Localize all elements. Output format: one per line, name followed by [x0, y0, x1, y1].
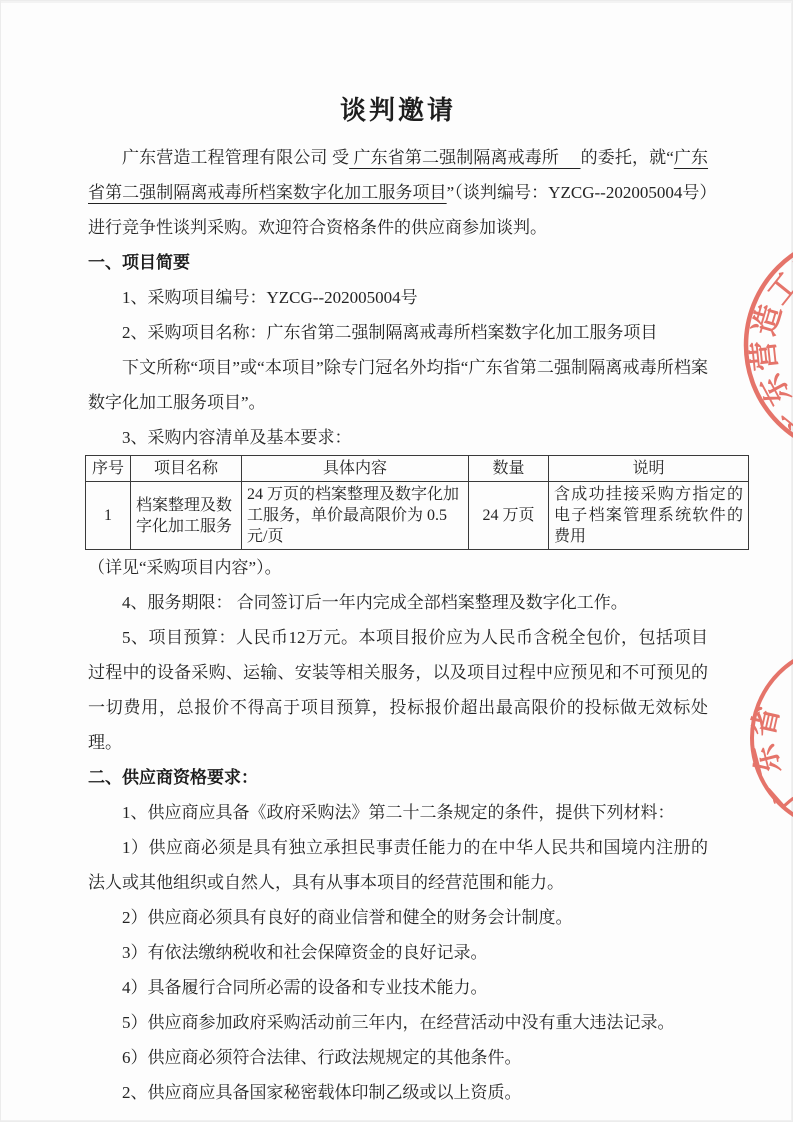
section1-item-service-period: 4、服务期限： 合同签订后一年内完成全部档案整理及数字化工作。	[88, 585, 708, 620]
cell-name: 档案整理及数字化加工服务	[131, 482, 242, 550]
section1-scope-note: 下文所称“项目”或“本项目”除专门冠名外均指“广东省第二强制隔离戒毒所档案数字化…	[88, 350, 708, 420]
table-row: 1 档案整理及数字化加工服务 24 万页的档案整理及数字化加工服务，单价最高限价…	[86, 482, 749, 550]
authority-seal-text: 广东省	[747, 701, 793, 814]
section2-sub2: 2）供应商必须具有良好的商业信誉和健全的财务会计制度。	[88, 900, 708, 935]
cell-seq: 1	[86, 482, 131, 550]
section2-sub3: 3）有依法缴纳税收和社会保障资金的良好记录。	[88, 935, 708, 970]
cell-qty: 24 万页	[469, 482, 549, 550]
document-body: 谈判邀请 广东营造工程管理有限公司 受 广东省第二强制隔离戒毒所 的委托，就“广…	[88, 92, 708, 1110]
intro-client-underlined: 广东省第二强制隔离戒毒所	[349, 148, 580, 167]
intro-paragraph: 广东营造工程管理有限公司 受 广东省第二强制隔离戒毒所 的委托，就“广东省第二强…	[88, 140, 708, 245]
section2-item-conditions: 1、供应商应具备《政府采购法》第二十二条规定的条件，提供下列材料：	[88, 795, 708, 830]
section2-item-secrecy-qualification: 2、供应商应具备国家秘密载体印制乙级或以上资质。	[88, 1075, 708, 1110]
table-note: （详见“采购项目内容”）。	[88, 550, 708, 585]
col-header-remark: 说明	[549, 456, 749, 482]
intro-company-text: 广东营造工程管理有限公司 受	[122, 148, 349, 167]
col-header-seq: 序号	[86, 456, 131, 482]
section1-item-content-list: 3、采购内容清单及基本要求：	[88, 420, 708, 455]
col-header-name: 项目名称	[131, 456, 242, 482]
procurement-table: 序号 项目名称 具体内容 数量 说明 1 档案整理及数字化加工服务 24 万页的…	[85, 455, 749, 550]
cell-remark: 含成功挂接采购方指定的电子档案管理系统软件的费用	[549, 482, 749, 550]
section1-item-budget: 5、项目预算：人民币12万元。本项目报价应为人民币含税全包价，包括项目过程中的设…	[88, 620, 708, 760]
scanned-document-page: 谈判邀请 广东营造工程管理有限公司 受 广东省第二强制隔离戒毒所 的委托，就“广…	[0, 0, 793, 1122]
section1-heading: 一、项目简要	[88, 245, 708, 280]
cell-detail: 24 万页的档案整理及数字化加工服务，单价最高限价为 0.5 元/页	[242, 482, 469, 550]
col-header-qty: 数量	[469, 456, 549, 482]
section2-sub5: 5）供应商参加政府采购活动前三年内，在经营活动中没有重大违法记录。	[88, 1005, 708, 1040]
authority-seal-stamp-icon: 广东省	[744, 638, 793, 838]
section2-sub4: 4）具备履行合同所必需的设备和专业技术能力。	[88, 970, 708, 1005]
section1-item-project-name: 2、采购项目名称：广东省第二强制隔离戒毒所档案数字化加工服务项目	[88, 315, 708, 350]
svg-text:广东省: 广东省	[747, 701, 793, 814]
section2-sub1: 1）供应商必须是具有独立承担民事责任能力的在中华人民共和国境内注册的法人或其他组…	[88, 830, 708, 900]
intro-mid-text: 的委托，就“	[581, 148, 674, 167]
document-title: 谈判邀请	[88, 92, 708, 130]
section2-sub6: 6）供应商必须符合法律、行政法规规定的其他条件。	[88, 1040, 708, 1075]
col-header-detail: 具体内容	[242, 456, 469, 482]
table-header-row: 序号 项目名称 具体内容 数量 说明	[86, 456, 749, 482]
company-seal-stamp-icon: 广东营造工程	[736, 225, 793, 465]
section1-item-project-number: 1、采购项目编号：YZCG--202005004号	[88, 280, 708, 315]
svg-text:广东营造工程: 广东营造工程	[747, 243, 793, 439]
section2-heading: 二、供应商资格要求：	[88, 760, 708, 795]
company-seal-text: 广东营造工程	[747, 243, 793, 439]
